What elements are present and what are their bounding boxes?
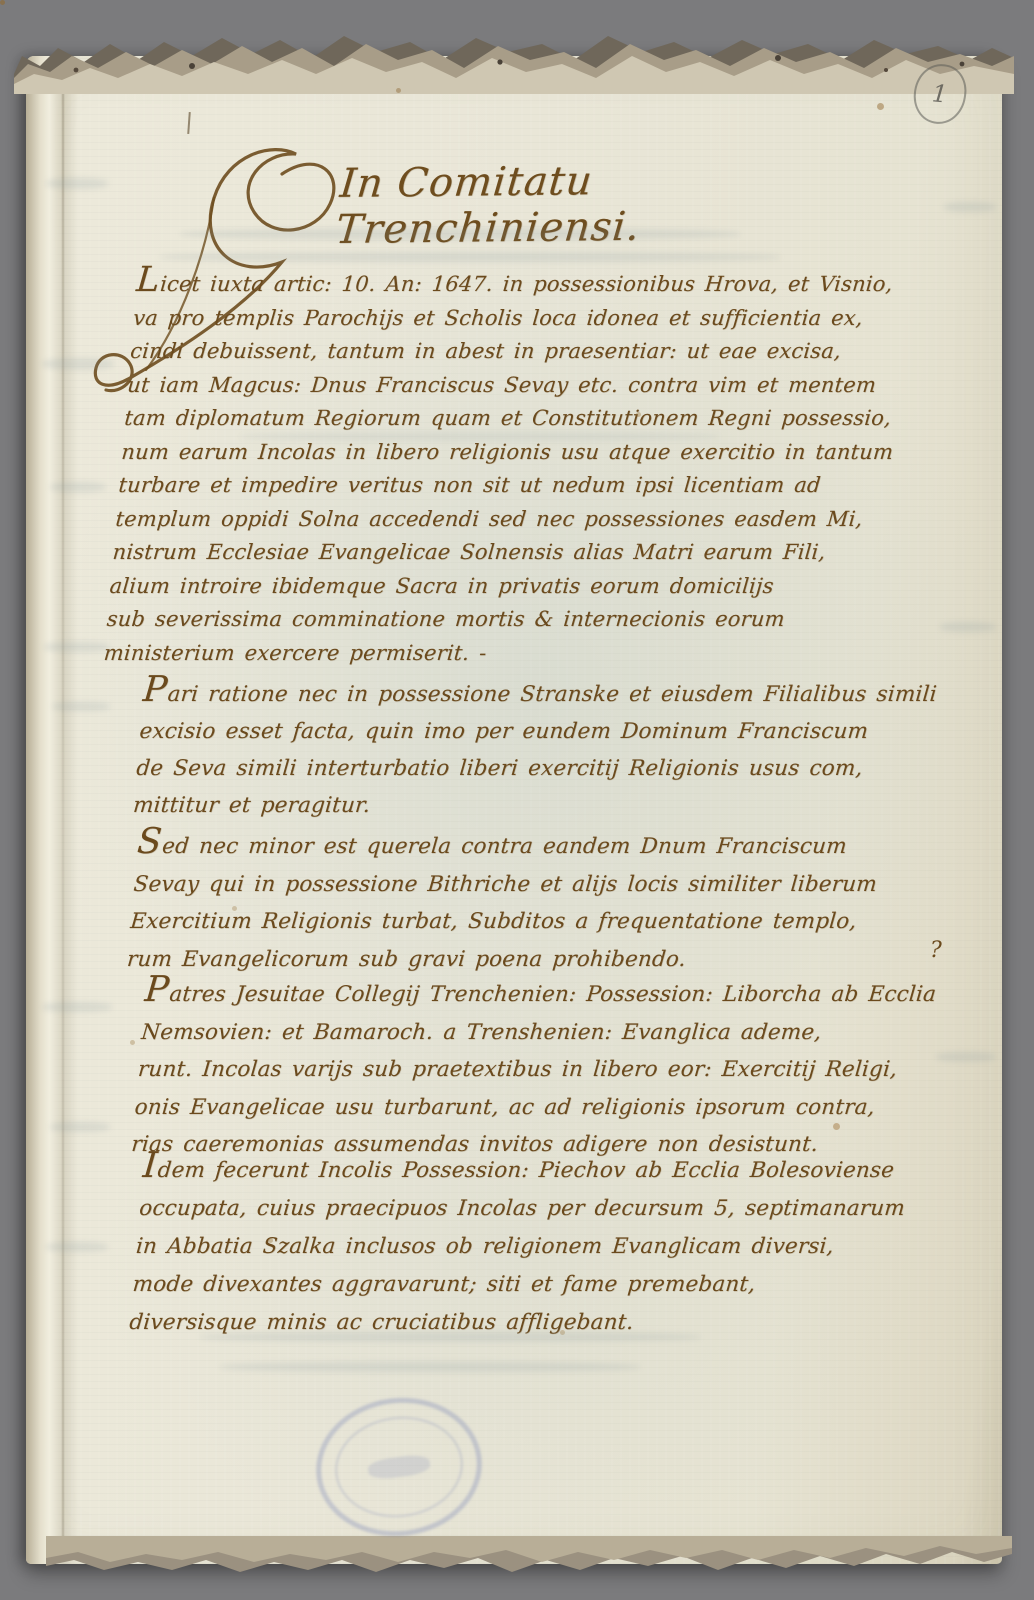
manuscript-line: Patres Jesuitae Collegij Trenchenien: Po… <box>143 976 938 1014</box>
binding-fold <box>26 56 78 1564</box>
manuscript-line: in Abbatia Szalka inclusos ob religionem… <box>134 1228 903 1266</box>
manuscript-line: ut iam Magcus: Dnus Franciscus Sevay etc… <box>126 369 901 403</box>
paragraph-3: Sed nec minor est querela contra eandem … <box>125 828 881 978</box>
manuscript-line: mode divexantes aggravarunt; siti et fam… <box>131 1266 900 1304</box>
manuscript-line: excisio esset facta, quin imo per eundem… <box>138 713 935 750</box>
paragraph-1: Licet iuxta artic: 10. An: 1647. in poss… <box>102 268 909 670</box>
manuscript-line: Pari ratione nec in possessione Stranske… <box>141 676 938 713</box>
manuscript-line: sub severissima comminatione mortis & in… <box>105 603 880 637</box>
paragraph-2: Pari ratione nec in possessione Stranske… <box>132 676 939 824</box>
manuscript-line: Sed nec minor est querela contra eandem … <box>135 828 882 866</box>
manuscript-line: occupata, cuius praecipuos Incolas per d… <box>138 1190 907 1228</box>
manuscript-line: Nemsovien: et Bamaroch. a Trenshenien: E… <box>140 1014 935 1052</box>
margin-insertion-mark: ? <box>930 938 942 963</box>
manuscript-line: Exercitium Religionis turbat, Subditos a… <box>129 903 876 941</box>
manuscript-scan: 1 In Comitatu Trenchiniensi. Licet iuxta… <box>0 0 1034 1600</box>
manuscript-line: tam diplomatum Regiorum quam et Constitu… <box>123 402 898 436</box>
torn-edge-bottom <box>46 1536 1012 1588</box>
manuscript-line: cindi debuissent, tantum in abest in pra… <box>129 335 904 369</box>
manuscript-line: Licet iuxta artic: 10. An: 1647. in poss… <box>135 268 910 302</box>
folio-number: 1 <box>931 79 949 108</box>
manuscript-line: alium introire ibidemque Sacra in privat… <box>108 570 883 604</box>
manuscript-line: Idem fecerunt Incolis Possession: Piecho… <box>141 1152 910 1190</box>
binding-crease-line <box>62 60 64 1560</box>
manuscript-line: Sevay qui in possessione Bithriche et al… <box>132 866 879 904</box>
manuscript-line: runt. Incolas varijs sub praetextibus in… <box>136 1051 931 1089</box>
torn-edge-top <box>14 22 1014 94</box>
manuscript-line: va pro templis Parochijs et Scholis loca… <box>132 302 907 336</box>
manuscript-line: turbare et impedire veritus non sit ut n… <box>117 469 892 503</box>
page-title: In Comitatu Trenchiniensi. <box>334 155 903 253</box>
manuscript-line: mittitur et peragitur. <box>132 787 929 824</box>
torn-edge-top-shape <box>14 22 1014 94</box>
manuscript-line: diversisque minis ac cruciatibus afflige… <box>128 1304 897 1342</box>
torn-edge-bottom-shape <box>46 1536 1012 1588</box>
manuscript-line: templum oppidi Solna accedendi sed nec p… <box>114 503 889 537</box>
paragraph-4: Patres Jesuitae Collegij Trenchenien: Po… <box>130 976 938 1164</box>
manuscript-line: de Seva simili interturbatio liberi exer… <box>135 750 932 787</box>
manuscript-line: rum Evangelicorum sub gravi poena prohib… <box>125 941 872 979</box>
manuscript-line: ministerium exercere permiserit. - <box>102 637 877 671</box>
manuscript-line: num earum Incolas in libero religionis u… <box>120 436 895 470</box>
foxing-spots <box>0 0 5 5</box>
manuscript-line: nistrum Ecclesiae Evangelicae Solnensis … <box>111 536 886 570</box>
paragraph-5: Idem fecerunt Incolis Possession: Piecho… <box>128 1152 910 1342</box>
manuscript-line: onis Evangelicae usu turbarunt, ac ad re… <box>133 1089 928 1127</box>
